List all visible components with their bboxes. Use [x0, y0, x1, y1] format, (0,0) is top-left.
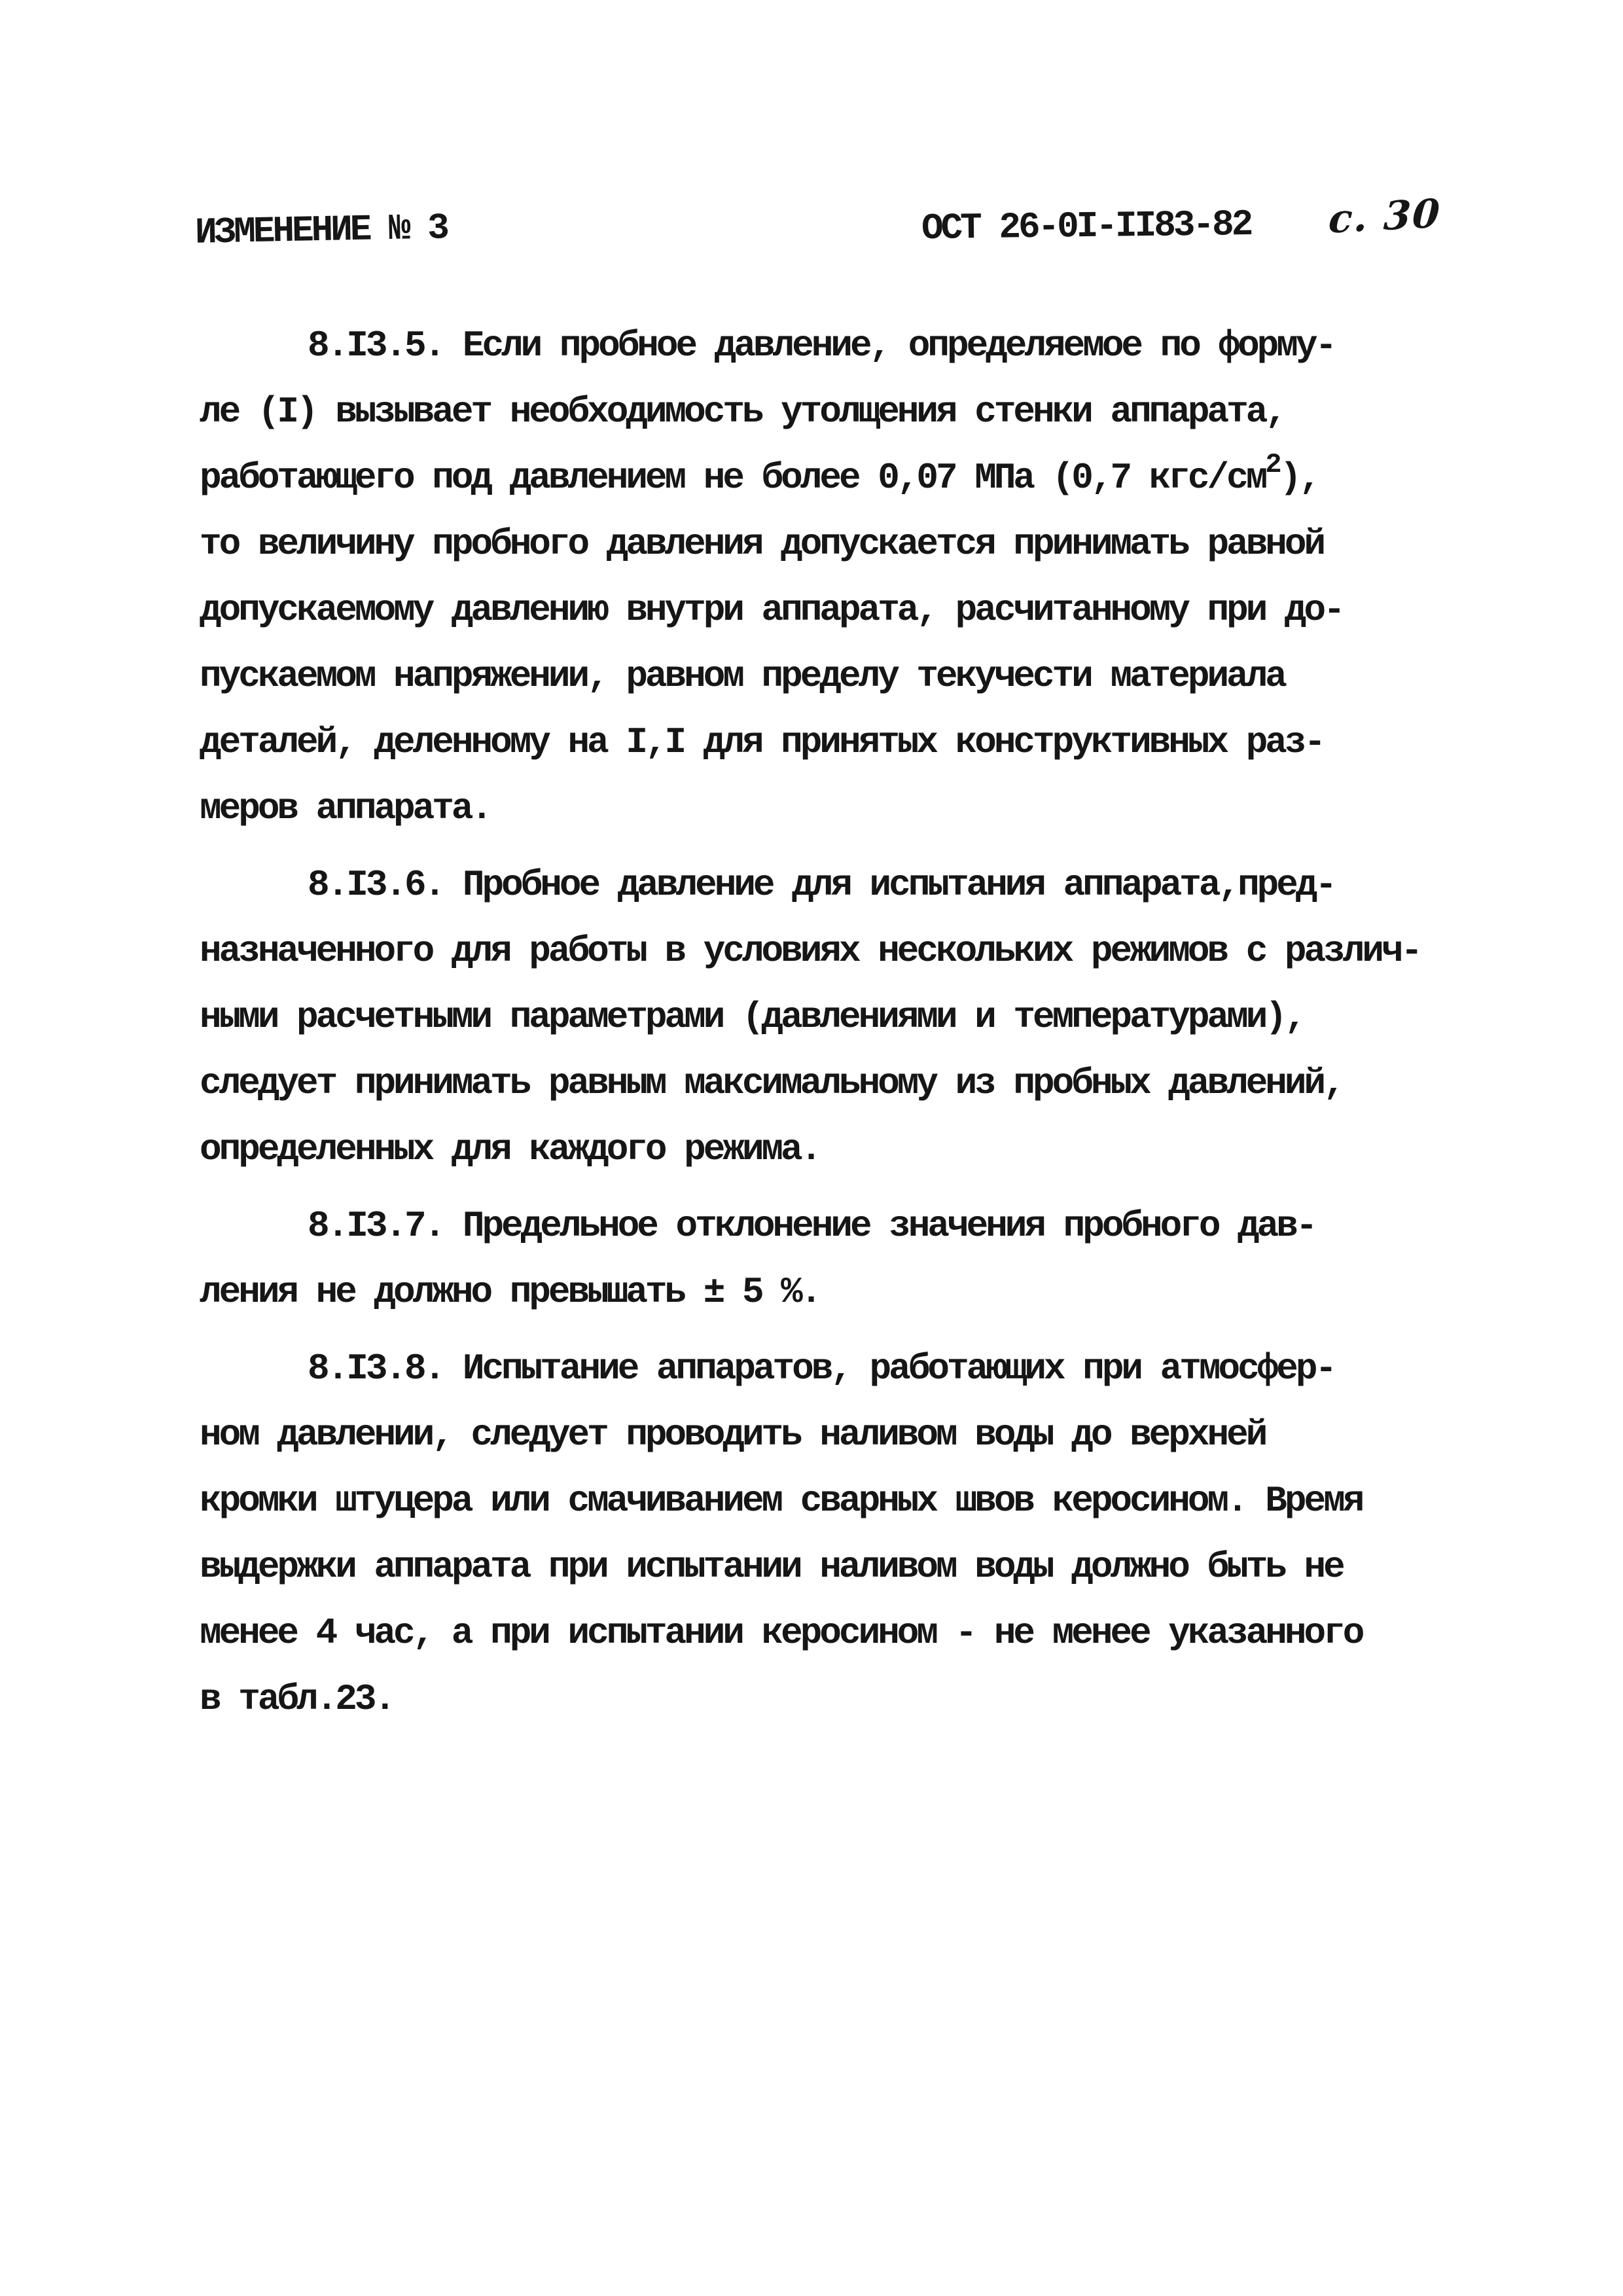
- text-line: меров аппарата.: [200, 776, 1446, 842]
- text-line: следует принимать равным максимальному и…: [200, 1050, 1446, 1117]
- paragraph-8-13-7: 8.I3.7. Предельное отклонение значения п…: [200, 1193, 1446, 1325]
- text-line: работающего под давлением не более 0,07 …: [200, 445, 1446, 511]
- text-segment: ),: [1280, 457, 1319, 499]
- text-line: 8.I3.5. Если пробное давление, определяе…: [200, 313, 1446, 379]
- text-line: то величину пробного давления допускаетс…: [200, 511, 1446, 577]
- text-line: 8.I3.8. Испытание аппаратов, работающих …: [200, 1336, 1446, 1402]
- page-number-handwritten: с. 30: [1327, 190, 1442, 242]
- text-line: деталей, деленному на I,I для принятых к…: [200, 709, 1446, 776]
- paragraph-8-13-8: 8.I3.8. Испытание аппаратов, работающих …: [200, 1336, 1446, 1732]
- text-line: ления не должно превышать ± 5 %.: [200, 1259, 1446, 1325]
- text-line: определенных для каждого режима.: [200, 1117, 1446, 1183]
- text-segment: работающего под давлением не более 0,07 …: [200, 457, 1265, 499]
- text-line: пускаемом напряжении, равном пределу тек…: [200, 643, 1446, 709]
- text-line: ном давлении, следует проводить наливом …: [200, 1402, 1446, 1468]
- text-line: допускаемому давлению внутри аппарата, р…: [200, 577, 1446, 643]
- text-line: ле (I) вызывает необходимость утолщения …: [200, 379, 1446, 445]
- text-line: 8.I3.6. Пробное давление для испытания а…: [200, 852, 1446, 918]
- text-line: 8.I3.7. Предельное отклонение значения п…: [200, 1193, 1446, 1259]
- paragraph-8-13-5: 8.I3.5. Если пробное давление, определяе…: [200, 313, 1446, 842]
- text-line: выдержки аппарата при испытании наливом …: [200, 1534, 1446, 1600]
- document-page: ИЗМЕНЕНИЕ № 3 ОСТ 26-0I-II83-82 с. 30 8.…: [0, 0, 1623, 2296]
- text-line: ными расчетными параметрами (давлениями …: [200, 984, 1446, 1050]
- text-line: кромки штуцера или смачиванием сварных ш…: [200, 1468, 1446, 1534]
- superscript-2: 2: [1265, 449, 1279, 480]
- text-line: менее 4 час, а при испытании керосином -…: [200, 1600, 1446, 1666]
- document-body: 8.I3.5. Если пробное давление, определяе…: [200, 313, 1446, 1732]
- doc-number: ОСТ 26-0I-II83-82: [921, 204, 1251, 249]
- text-line: назначенного для работы в условиях неско…: [200, 918, 1446, 984]
- text-line: в табл.23.: [200, 1666, 1446, 1732]
- amendment-label: ИЗМЕНЕНИЕ № 3: [194, 207, 447, 253]
- paragraph-8-13-6: 8.I3.6. Пробное давление для испытания а…: [200, 852, 1446, 1183]
